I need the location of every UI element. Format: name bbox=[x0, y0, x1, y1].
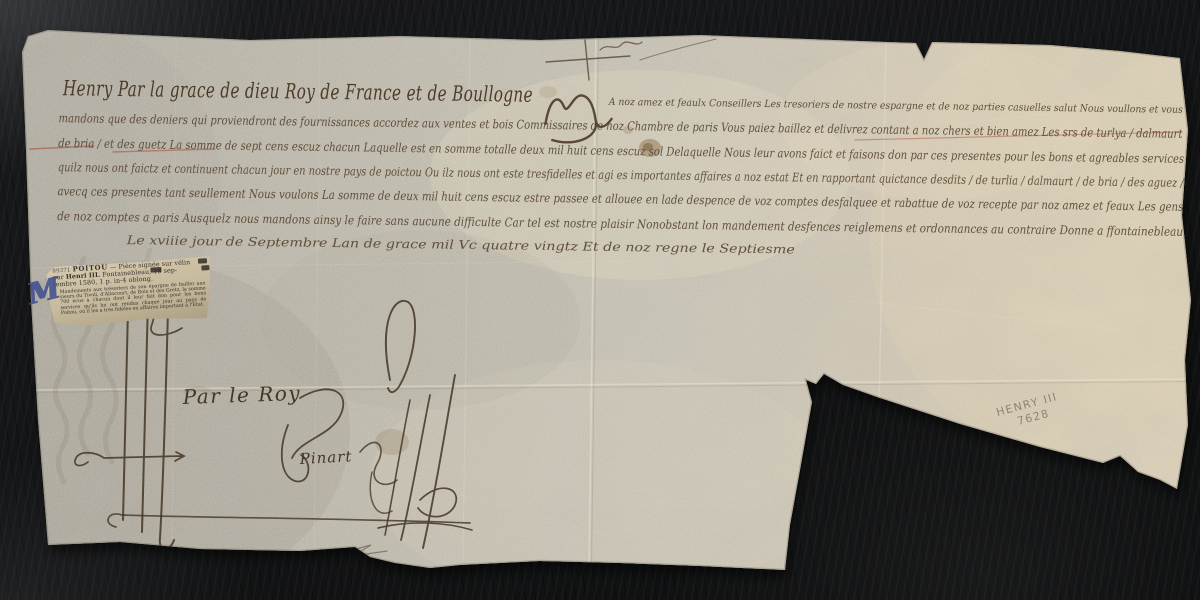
ink-smudge bbox=[198, 258, 207, 264]
photo-scene: Henry Par la grace de dieu Roy de France… bbox=[0, 0, 1200, 600]
par-le-roy: Par le Roy bbox=[181, 381, 301, 409]
ink-smudge bbox=[201, 265, 209, 270]
countersignature: Pinart bbox=[298, 447, 353, 468]
ink-smudge bbox=[150, 267, 161, 273]
bookseller-clipping-label: 89371 POITOU — Pièce signée sur vélin pa… bbox=[46, 256, 213, 328]
